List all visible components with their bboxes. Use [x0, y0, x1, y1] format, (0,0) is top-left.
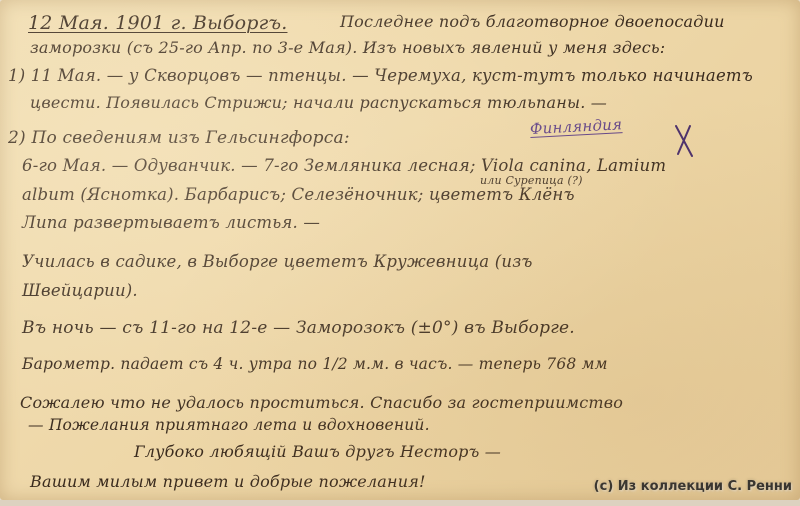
bottom-border [0, 500, 800, 506]
line-9: Училась в садике, в Выборге цвететъ Круж… [22, 252, 533, 271]
line-8: Липа развертываетъ листья. — [22, 213, 320, 232]
postcard: 12 Мая. 1901 г. Выборгъ. Последнее подъ … [0, 0, 800, 500]
line-4: цвести. Появилась Стрижи; начали распуск… [30, 93, 607, 112]
signature-line: Глубоко любящій Вашъ другъ Несторъ — [134, 442, 501, 461]
line-10: Швейцарии). [22, 281, 138, 300]
line-7: album (Яснотка). Барбарисъ; Селезёночник… [22, 185, 575, 204]
line-14: — Пожелания приятнаго лета и вдохновений… [28, 416, 430, 434]
collection-watermark: (с) Из коллекции С. Ренни [594, 479, 792, 494]
line-1-continued: Последнее подъ благотворное двоепосадии [340, 12, 725, 31]
closing-line: Вашим милым привет и добрые пожелания! [30, 472, 426, 491]
line-5: 2) По сведениям изъ Гельсингфорса: [8, 128, 350, 148]
line-12: Барометр. падает съ 4 ч. утра по 1/2 м.м… [22, 355, 608, 373]
line-2: заморозки (съ 25-го Апр. по 3-е Мая). Из… [30, 38, 665, 57]
date-heading: 12 Мая. 1901 г. Выборгъ. [28, 12, 287, 34]
line-3: 1) 11 Мая. — у Скворцовъ — птенцы. — Чер… [8, 66, 753, 85]
line-11: Въ ночь — съ 11-го на 12-е — Заморозокъ … [22, 318, 575, 338]
line-6: 6-го Мая. — Одуванчик. — 7-го Земляника … [22, 156, 666, 175]
x-mark-icon [672, 124, 696, 158]
line-13: Сожалею что не удалось проститься. Спаси… [20, 393, 623, 412]
finland-annotation: Финляндия [530, 115, 623, 138]
